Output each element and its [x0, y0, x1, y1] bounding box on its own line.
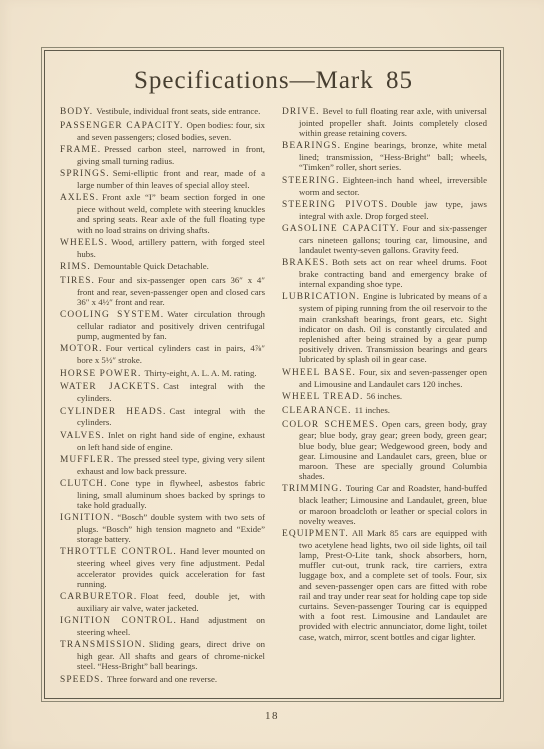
spec-term: HORSE POWER. [60, 369, 141, 379]
spec-entry: FRAME.Pressed carbon steel, narrowed in … [60, 144, 265, 166]
spec-text: Demountable Quick Detachable. [94, 261, 209, 271]
spec-term: CYLINDER HEADS. [60, 407, 167, 417]
spec-term: TRANSMISSION. [60, 640, 146, 650]
spec-text: Vestibule, individual front seats, side … [96, 106, 260, 116]
spec-term: EQUIPMENT. [282, 529, 349, 539]
spec-term: SPEEDS. [60, 675, 104, 685]
spec-term: TRIMMING. [282, 484, 343, 494]
spec-term: LUBRICATION. [282, 292, 360, 302]
spec-term: GASOLINE CAPACITY. [282, 224, 400, 234]
spec-entry: CLEARANCE.11 inches. [282, 405, 487, 417]
spec-entry: LUBRICATION.Engine is lubricated by mean… [282, 291, 487, 364]
spec-entry: RIMS.Demountable Quick Detachable. [60, 261, 265, 273]
spec-entry: SPRINGS.Semi-elliptic front and rear, ma… [60, 168, 265, 190]
spec-entry: COLOR SCHEMES.Open cars, green body, gra… [282, 419, 487, 482]
spec-term: MOTOR. [60, 344, 103, 354]
spec-term: COOLING SYSTEM. [60, 310, 164, 320]
spec-text: Bevel to full floating rear axle, with u… [299, 106, 487, 138]
spec-entry: DRIVE.Bevel to full floating rear axle, … [282, 106, 487, 138]
spec-entry: MOTOR.Four vertical cylinders cast in pa… [60, 343, 265, 365]
spec-text: Three forward and one reverse. [107, 674, 217, 684]
spec-term: SPRINGS. [60, 169, 110, 179]
spec-entry: TRIMMING.Touring Car and Roadster, hand-… [282, 483, 487, 526]
spec-text: Four vertical cylinders cast in pairs, 4… [77, 343, 265, 365]
spec-text: 11 inches. [355, 405, 390, 415]
spec-term: VALVES. [60, 431, 105, 441]
page-number: 18 [0, 710, 544, 722]
spec-entry: CYLINDER HEADS.Cast integral with the cy… [60, 406, 265, 428]
spec-entry: IGNITION.“Bosch” double system with two … [60, 512, 265, 544]
spec-entry: CLUTCH.Cone type in flywheel, asbestos f… [60, 478, 265, 510]
page-frame-inner: Specifications—Mark 85 BODY.Vestibule, i… [44, 50, 501, 699]
spec-term: COLOR SCHEMES. [282, 420, 379, 430]
spec-entry: SPEEDS.Three forward and one reverse. [60, 674, 265, 686]
spec-term: RIMS. [60, 262, 91, 272]
spec-term: TIRES. [60, 276, 95, 286]
spec-text: Thirty-eight, A. L. A. M. rating. [144, 368, 256, 378]
spec-term: WHEELS. [60, 238, 108, 248]
spec-entry: STEERING.Eighteen-inch hand wheel, irrev… [282, 175, 487, 197]
spec-entry: WHEELS.Wood, artillery pattern, with for… [60, 237, 265, 259]
spec-entry: WHEEL TREAD.56 inches. [282, 391, 487, 403]
page-frame: Specifications—Mark 85 BODY.Vestibule, i… [41, 47, 504, 702]
spec-term: BRAKES. [282, 258, 329, 268]
spec-term: STEERING. [282, 176, 340, 186]
spec-entry: TIRES.Four and six-passenger open cars 3… [60, 275, 265, 307]
spec-entry: WHEEL BASE.Four, six and seven-passenger… [282, 367, 487, 389]
spec-text: Pressed carbon steel, narrowed in front,… [77, 144, 265, 166]
spec-entry: TRANSMISSION.Sliding gears, direct drive… [60, 639, 265, 671]
spec-entry: HORSE POWER.Thirty-eight, A. L. A. M. ra… [60, 368, 265, 380]
spec-column-right: DRIVE.Bevel to full floating rear axle, … [282, 106, 487, 687]
spec-text: Four and six-passenger open cars 36″ x 4… [77, 275, 265, 307]
spec-entry: PASSENGER CAPACITY.Open bodies: four, si… [60, 120, 265, 142]
spec-entry: WATER JACKETS.Cast integral with the cyl… [60, 381, 265, 403]
spec-term: THROTTLE CONTROL. [60, 547, 177, 557]
spec-text: Inlet on right hand side of engine, exha… [77, 430, 265, 452]
spec-term: MUFFLER. [60, 455, 114, 465]
spec-entry: BODY.Vestibule, individual front seats, … [60, 106, 265, 118]
spec-term: WATER JACKETS. [60, 382, 160, 392]
spec-entry: AXLES.Front axle “I” beam section forged… [60, 192, 265, 235]
spec-term: BODY. [60, 107, 93, 117]
spec-term: WHEEL BASE. [282, 368, 356, 378]
spec-column-left: BODY.Vestibule, individual front seats, … [60, 106, 265, 687]
spec-term: STEERING PIVOTS. [282, 200, 388, 210]
spec-entry: BRAKES.Both sets act on rear wheel drums… [282, 257, 487, 289]
spec-columns: BODY.Vestibule, individual front seats, … [60, 106, 487, 687]
spec-entry: STEERING PIVOTS.Double jaw type, jaws in… [282, 199, 487, 221]
spec-term: IGNITION CONTROL. [60, 616, 177, 626]
spec-entry: THROTTLE CONTROL.Hand lever mounted on s… [60, 546, 265, 589]
spec-entry: IGNITION CONTROL.Hand adjustment on stee… [60, 615, 265, 637]
spec-entry: GASOLINE CAPACITY.Four and six-passenger… [282, 223, 487, 255]
spec-entry: VALVES.Inlet on right hand side of engin… [60, 430, 265, 452]
spec-term: BEARINGS. [282, 141, 341, 151]
spec-text: Front axle “I” beam section forged in on… [77, 192, 265, 234]
spec-text: Engine is lubricated by means of a syste… [299, 291, 487, 364]
spec-term: FRAME. [60, 145, 101, 155]
spec-entry: EQUIPMENT.All Mark 85 cars are equipped … [282, 528, 487, 642]
scanned-catalog-page: Specifications—Mark 85 BODY.Vestibule, i… [0, 0, 544, 749]
spec-text: 56 inches. [366, 391, 402, 401]
spec-entry: COOLING SYSTEM.Water circulation through… [60, 309, 265, 341]
spec-entry: MUFFLER.The pressed steel type, giving v… [60, 454, 265, 476]
spec-term: DRIVE. [282, 107, 320, 117]
spec-term: CARBURETOR. [60, 592, 137, 602]
spec-term: CLUTCH. [60, 479, 108, 489]
spec-text: All Mark 85 cars are equipped with two a… [299, 528, 487, 642]
page-title: Specifications—Mark 85 [60, 67, 487, 95]
spec-entry: BEARINGS.Engine bearings, bronze, white … [282, 140, 487, 172]
spec-entry: CARBURETOR.Float feed, double jet, with … [60, 591, 265, 613]
spec-term: CLEARANCE. [282, 406, 352, 416]
spec-term: PASSENGER CAPACITY. [60, 121, 183, 131]
spec-term: IGNITION. [60, 513, 114, 523]
spec-term: AXLES. [60, 193, 99, 203]
spec-term: WHEEL TREAD. [282, 392, 363, 402]
